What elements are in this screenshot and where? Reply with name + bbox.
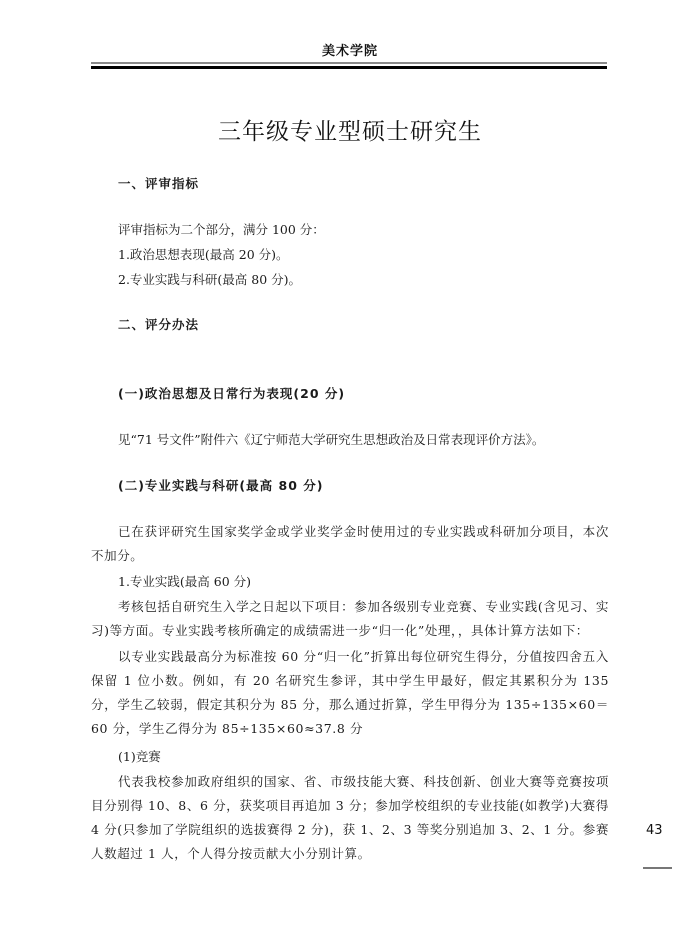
paragraph-competition-scoring: 代表我校参加政府组织的国家、省、市级技能大赛、科技创新、创业大赛等竞赛按项目分别… xyxy=(91,770,609,866)
page-title: 三年级专业型硕士研究生 xyxy=(0,113,700,146)
subsection-heading-2: (二)专业实践与科研(最高 80 分) xyxy=(91,474,636,498)
header-rule-thin xyxy=(91,62,607,64)
section-1-item-2: 2.专业实践与科研(最高 80 分)。 xyxy=(91,268,636,292)
item-professional-practice: 1.专业实践(最高 60 分) xyxy=(91,570,636,594)
subsection-1-text: 见“71 号文件”附件六《辽宁师范大学研究生思想政治及日常表现评价方法》。 xyxy=(91,428,636,452)
page-number-rule xyxy=(643,867,672,869)
item-competition: (1)竞赛 xyxy=(91,745,636,769)
section-1-item-1: 1.政治思想表现(最高 20 分)。 xyxy=(91,243,636,267)
paragraph-assessment-scope: 考核包括自研究生入学之日起以下项目：参加各级别专业竞赛、专业实践(含见习、实习)… xyxy=(91,595,609,643)
paragraph-normalization-method: 以专业实践最高分为标准按 60 分“归一化”折算出每位研究生得分，分值按四舍五入… xyxy=(91,645,609,741)
section-heading-2: 二、评分办法 xyxy=(91,313,636,337)
paragraph-exclusion-note: 已在获评研究生国家奖学金或学业奖学金时使用过的专业实践或科研加分项目，本次不加分… xyxy=(91,520,609,568)
running-head: 美术学院 xyxy=(0,40,700,59)
page-number: 43 xyxy=(646,823,663,838)
section-heading-1: 一、评审指标 xyxy=(91,172,636,196)
header-rule-thick xyxy=(91,66,607,69)
subsection-heading-1: (一)政治思想及日常行为表现(20 分) xyxy=(91,382,636,406)
section-1-intro: 评审指标为二个部分，满分 100 分： xyxy=(91,218,636,242)
